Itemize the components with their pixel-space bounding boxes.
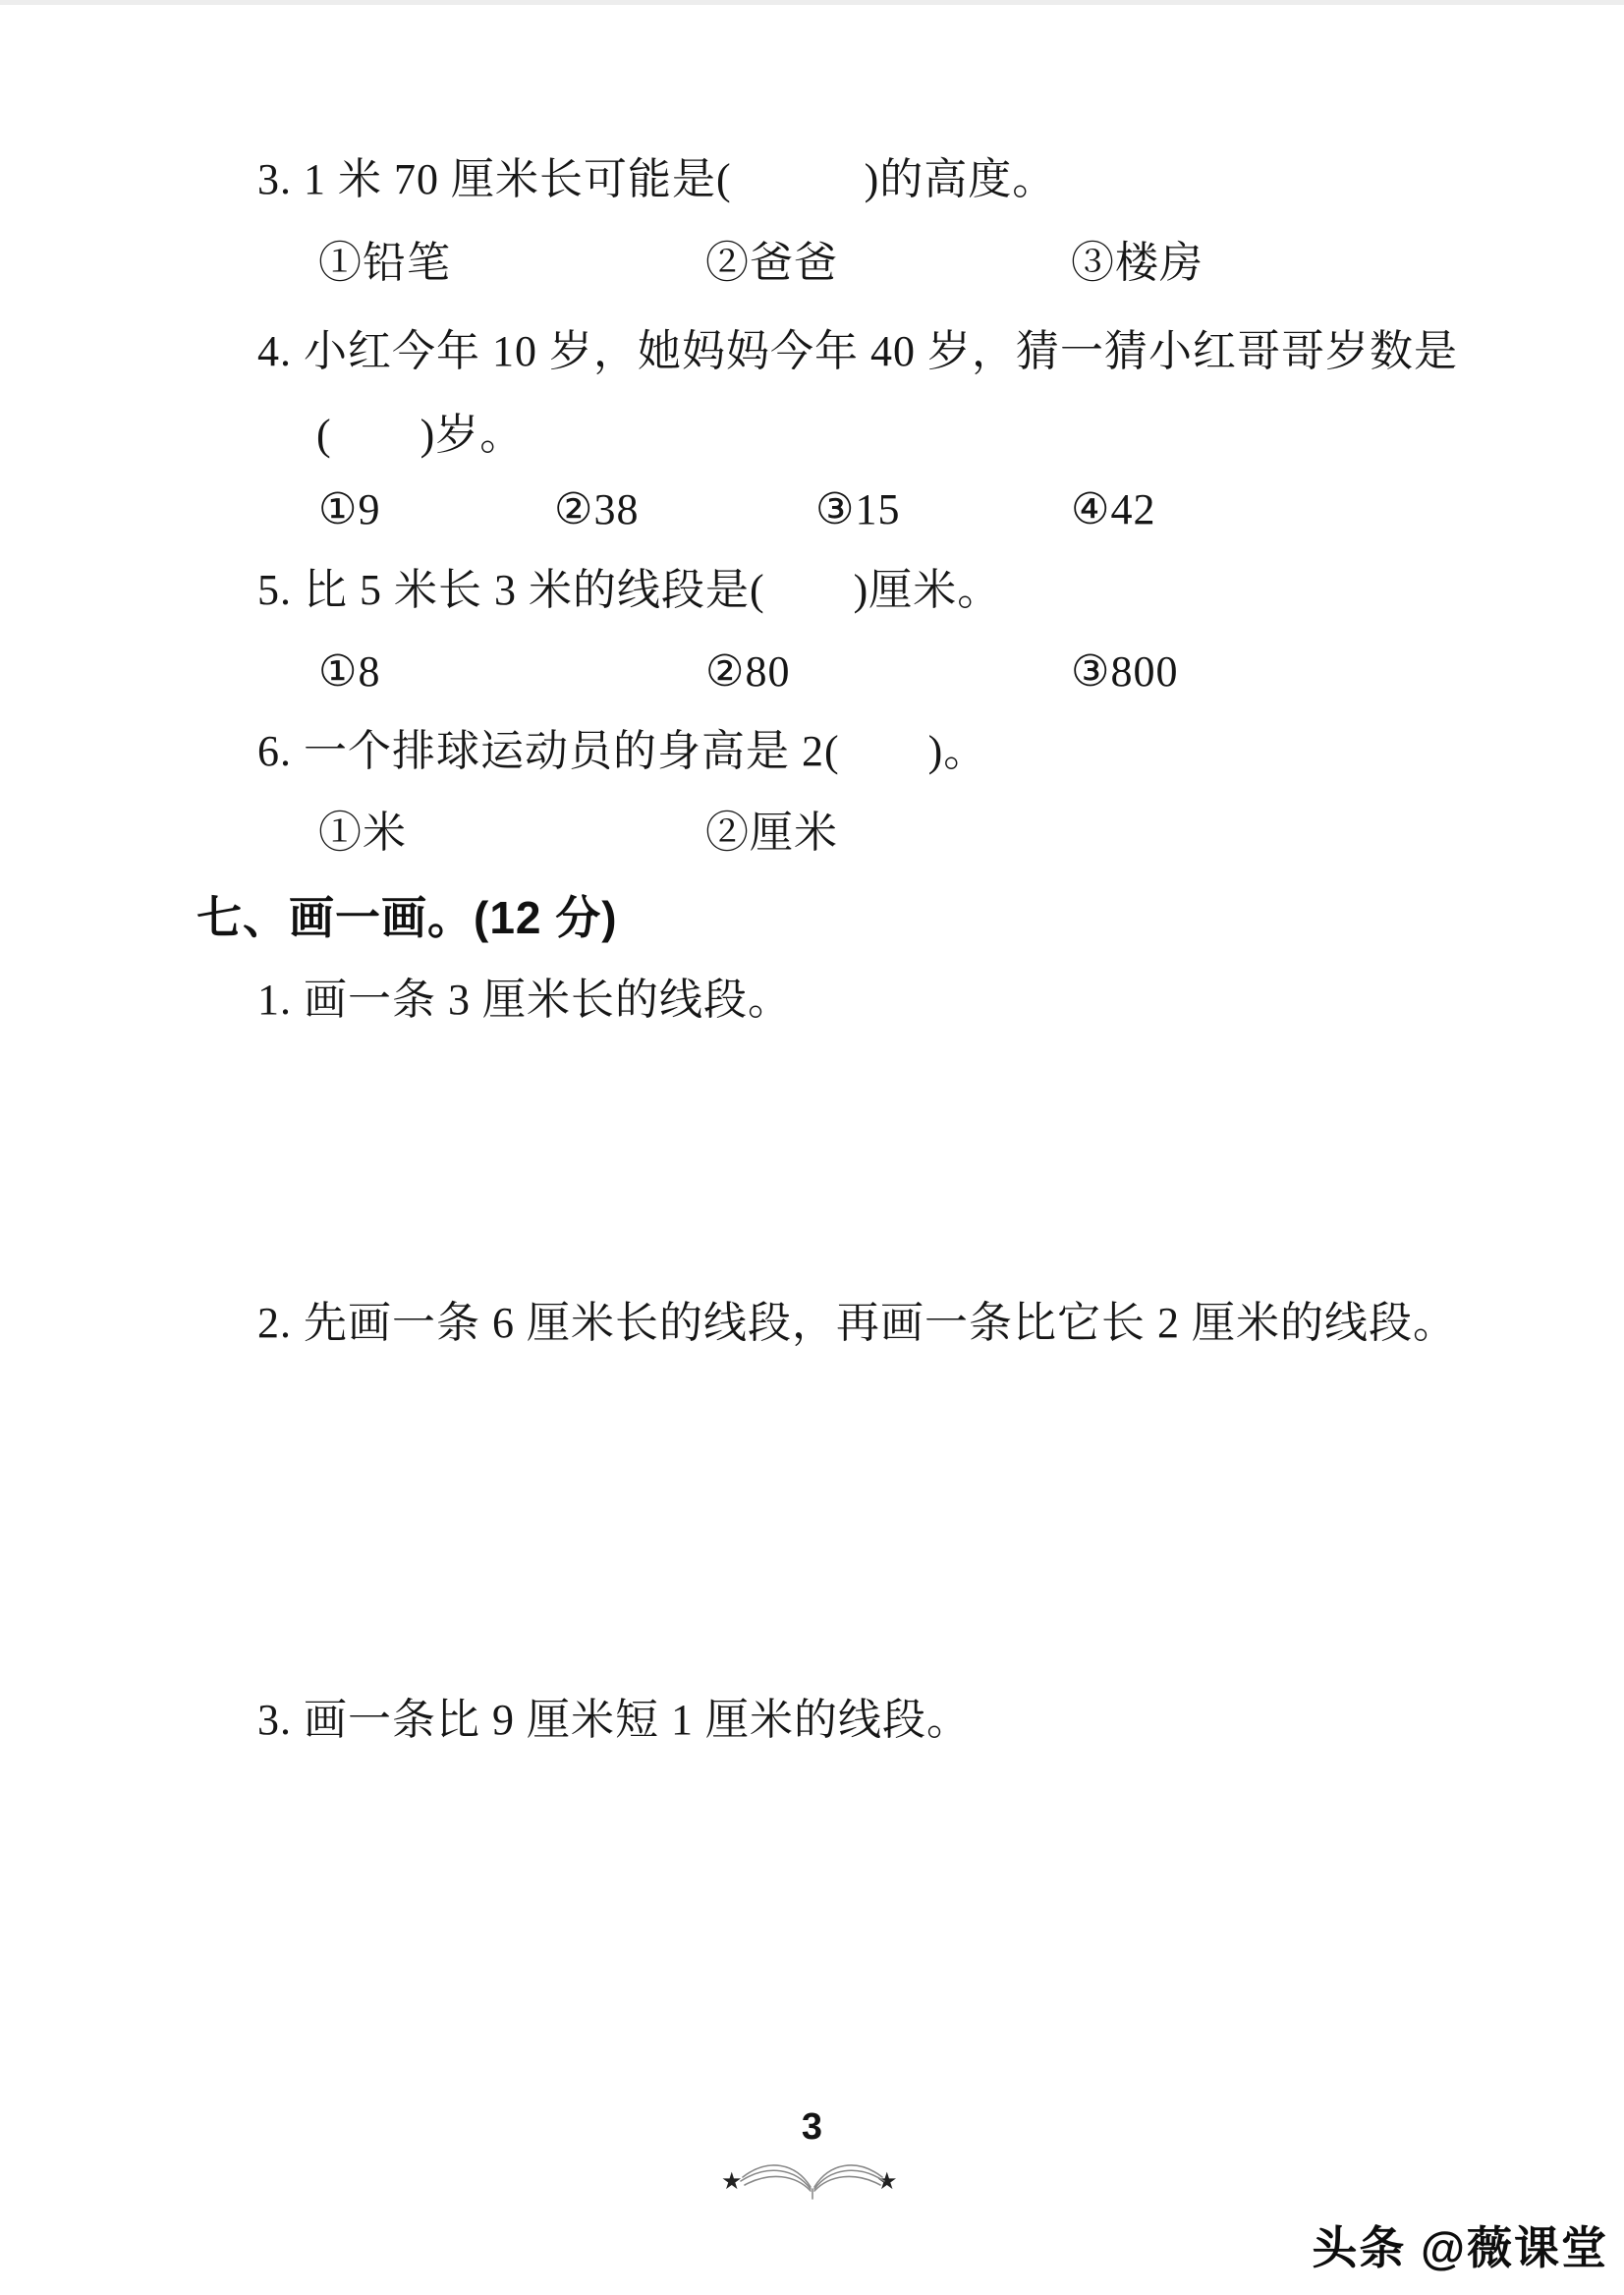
question-4-option-2: ②38 xyxy=(554,485,639,535)
watermark: 头条 @薇课堂 xyxy=(1312,2212,1608,2277)
question-3-option-1: ①铅笔 xyxy=(318,239,451,289)
question-3-option-3: ③楼房 xyxy=(1071,239,1204,289)
question-6-option-2: ②厘米 xyxy=(705,809,838,859)
question-4-option-1: ①9 xyxy=(318,485,380,535)
left-star-icon: ★ xyxy=(721,2169,743,2195)
svg-text:★: ★ xyxy=(876,2169,898,2195)
draw-question-2-text: 2. 先画一条 6 厘米长的线段，再画一条比它长 2 厘米的线段。 xyxy=(257,1299,1457,1349)
question-4-option-3: ③15 xyxy=(815,485,900,535)
question-5-option-3: ③800 xyxy=(1071,647,1178,698)
scan-edge xyxy=(0,0,1624,5)
swoosh-lines xyxy=(741,2165,884,2199)
question-5-text: 5. 比 5 米长 3 米的线段是( )厘米。 xyxy=(257,566,1001,616)
svg-text:★: ★ xyxy=(721,2169,743,2195)
page-footer: 3 ★ ★ xyxy=(0,2108,1624,2205)
page-number: 3 xyxy=(0,2108,1624,2146)
question-4-option-4: ④42 xyxy=(1071,485,1155,535)
question-4-text-line1: 4. 小红今年 10 岁，她妈妈今年 40 岁，猜一猜小红哥哥岁数是 xyxy=(257,327,1458,377)
right-star-icon: ★ xyxy=(876,2169,898,2195)
draw-question-1-text: 1. 画一条 3 厘米长的线段。 xyxy=(257,976,792,1026)
section-seven-header: 七、画一画。(12 分) xyxy=(196,892,618,944)
page-footer-decoration: ★ ★ xyxy=(719,2148,906,2205)
question-6-text: 6. 一个排球运动员的身高是 2( )。 xyxy=(257,727,987,777)
worksheet-page: 3. 1 米 70 厘米长可能是( )的高度。 ①铅笔 ②爸爸 ③楼房 4. 小… xyxy=(0,0,1624,2295)
draw-question-3-text: 3. 画一条比 9 厘米短 1 厘米的线段。 xyxy=(257,1696,971,1746)
question-4-text-line2: ( )岁。 xyxy=(316,411,524,461)
question-3-text: 3. 1 米 70 厘米长可能是( )的高度。 xyxy=(257,155,1056,205)
question-5-option-2: ②80 xyxy=(705,647,790,698)
question-6-option-1: ①米 xyxy=(318,809,407,859)
question-5-option-1: ①8 xyxy=(318,647,380,698)
question-3-option-2: ②爸爸 xyxy=(705,239,838,289)
